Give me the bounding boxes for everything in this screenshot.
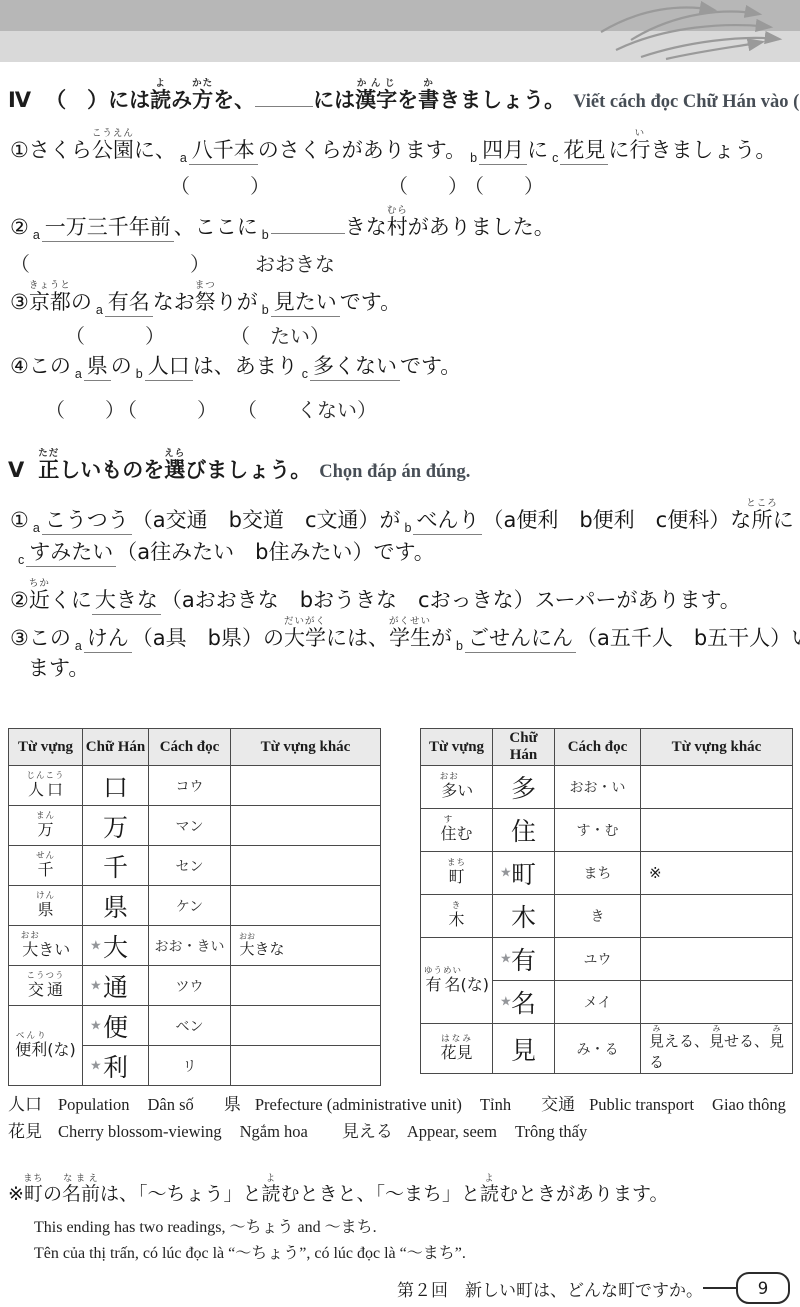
section-v-title-vietnamese: Chọn đáp án đúng. bbox=[319, 462, 470, 482]
word-cell: 多おおい bbox=[421, 766, 493, 809]
section-iv-label: Ⅳ bbox=[8, 88, 31, 112]
kanji-cell-text: 口 bbox=[103, 773, 128, 802]
table-row: 交通こうつう★通ツウ bbox=[9, 966, 381, 1006]
kanji-cell: 千 bbox=[83, 846, 149, 886]
other-words-cell bbox=[641, 895, 793, 938]
footer-dash bbox=[703, 1287, 737, 1289]
kanji-cell-text: 見 bbox=[511, 1036, 536, 1065]
other-words-cell bbox=[231, 1006, 381, 1046]
table-row: 便利べんり(な)★便ベン bbox=[9, 1006, 381, 1046]
kanji-cell-text: 便 bbox=[103, 1013, 128, 1042]
header-row: Từ vựngChữ HánCách đọcTừ vựng khác bbox=[9, 729, 381, 766]
footer-lesson-title: 第２回 新しい町は、どんな町ですか。 bbox=[397, 1276, 703, 1301]
kanji-cell-text: 名 bbox=[511, 989, 536, 1018]
column-header: Cách đọc bbox=[149, 729, 231, 766]
section-iv-heading: Ⅳ（ ）には読よみ方かたを、には漢字かんじを書かきましょう。Viết cách … bbox=[8, 78, 800, 113]
section-v-heading: Ⅴ正ただしいものを選えらびましょう。Chọn đáp án đúng. bbox=[8, 448, 470, 483]
word-cell: 住すむ bbox=[421, 809, 493, 852]
kanji-cell: 住 bbox=[493, 809, 555, 852]
section-iv-title: （ ）には読よみ方かたを、には漢字かんじを書かきましょう。 bbox=[45, 88, 565, 112]
word-cell: 便利べんり(な) bbox=[9, 1006, 83, 1086]
word-cell: 万まん bbox=[9, 806, 83, 846]
note-japanese: ※町まちの名前なまえは、「～ちょう」と読よむときと、「～まち」と読よむときがあり… bbox=[8, 1174, 669, 1206]
section-iv-title-vietnamese: Viết cách đọc Chữ Hán vào ( ). bbox=[573, 92, 800, 112]
reading-cell: メイ bbox=[555, 981, 641, 1024]
kanji-cell-text: 県 bbox=[103, 893, 128, 922]
table-row: 花見はなみ見み・る見みえる、見みせる、見みる bbox=[421, 1024, 793, 1074]
kanji-cell: 木 bbox=[493, 895, 555, 938]
other-words-cell bbox=[231, 846, 381, 886]
kanji-cell: ★町 bbox=[493, 852, 555, 895]
reading-cell: マン bbox=[149, 806, 231, 846]
section-v-title: 正ただしいものを選えらびましょう。 bbox=[38, 458, 311, 482]
kanji-cell: 多 bbox=[493, 766, 555, 809]
word-cell: 交通こうつう bbox=[9, 966, 83, 1006]
word-cell: 木き bbox=[421, 895, 493, 938]
word-cell: 大おおきい bbox=[9, 926, 83, 966]
other-words-cell bbox=[231, 886, 381, 926]
kanji-cell: 見 bbox=[493, 1024, 555, 1074]
star-icon: ★ bbox=[90, 978, 102, 993]
table-row: 木き木き bbox=[421, 895, 793, 938]
swoosh-arrows-icon bbox=[546, 0, 796, 62]
column-header: Từ vựng bbox=[9, 729, 83, 766]
table-row: 町まち★町まち※ bbox=[421, 852, 793, 895]
reading-cell: ツウ bbox=[149, 966, 231, 1006]
kanji-cell: ★便 bbox=[83, 1006, 149, 1046]
other-words-cell bbox=[641, 809, 793, 852]
other-words-cell bbox=[231, 766, 381, 806]
other-words-cell bbox=[231, 806, 381, 846]
vocab-table-left: Từ vựngChữ HánCách đọcTừ vựng khác人口じんこう… bbox=[8, 728, 381, 1086]
exercise-v-1-line-1: ①aこうつう（a交通 b交道 c文通）がbべんり（a便利 b便利 c便科）な所と… bbox=[10, 498, 794, 535]
reading-cell: おお・い bbox=[555, 766, 641, 809]
kanji-cell-text: 万 bbox=[103, 813, 128, 842]
table-row: 大おおきい★大おお・きい大おおきな bbox=[9, 926, 381, 966]
other-words-cell bbox=[231, 966, 381, 1006]
kanji-cell: 万 bbox=[83, 806, 149, 846]
table-row: 多おおい多おお・い bbox=[421, 766, 793, 809]
glossary-line-1: 人口PopulationDân số県Prefecture (administr… bbox=[8, 1090, 786, 1115]
table-row: 有名ゆうめい(な)★有ユウ bbox=[421, 938, 793, 981]
note-english: This ending has two readings, ～ちょう and ～… bbox=[34, 1214, 377, 1237]
kanji-cell: ★名 bbox=[493, 981, 555, 1024]
word-cell: 有名ゆうめい(な) bbox=[421, 938, 493, 1024]
kanji-cell-text: 多 bbox=[511, 774, 536, 803]
reading-cell: おお・きい bbox=[149, 926, 231, 966]
other-words-cell bbox=[641, 766, 793, 809]
kanji-cell-text: 有 bbox=[511, 946, 536, 975]
word-cell: 千せん bbox=[9, 846, 83, 886]
word-cell: 花見はなみ bbox=[421, 1024, 493, 1074]
kanji-cell-text: 町 bbox=[511, 860, 536, 889]
kanji-cell-text: 利 bbox=[103, 1053, 128, 1082]
star-icon: ★ bbox=[500, 995, 512, 1010]
exercise-iv-2-answer-row: （ ）おおきな bbox=[10, 248, 335, 277]
column-header: Chữ Hán bbox=[493, 729, 555, 766]
column-header: Từ vựng khác bbox=[231, 729, 381, 766]
star-icon: ★ bbox=[500, 952, 512, 967]
star-icon: ★ bbox=[90, 1058, 102, 1073]
word-cell: 人口じんこう bbox=[9, 766, 83, 806]
reading-cell: まち bbox=[555, 852, 641, 895]
exercise-iv-1-answer-row: （ ）（ ）（ ） bbox=[10, 170, 544, 199]
table-row: 住すむ住す・む bbox=[421, 809, 793, 852]
exercise-iv-4-answer-row: （ ）（ ）（ くない） bbox=[10, 394, 377, 423]
page-number-badge: 9 bbox=[736, 1272, 790, 1304]
reading-cell: き bbox=[555, 895, 641, 938]
star-icon: ★ bbox=[90, 938, 102, 953]
other-words-cell bbox=[641, 938, 793, 981]
kanji-cell-text: 木 bbox=[511, 903, 536, 932]
kanji-cell-text: 千 bbox=[103, 853, 128, 882]
exercise-v-3-line-1: ③このaけん（a具 b県）の大学だいがくには、学生がくせいがbごせんにん（a五千… bbox=[10, 616, 800, 653]
kanji-cell-text: 大 bbox=[103, 933, 128, 962]
kanji-cell: ★大 bbox=[83, 926, 149, 966]
reading-cell: み・る bbox=[555, 1024, 641, 1074]
other-words-cell: ※ bbox=[641, 852, 793, 895]
exercise-iv-4-line: ④このa県のb人口は、あまりc多くないです。 bbox=[10, 354, 461, 381]
kanji-cell: ★有 bbox=[493, 938, 555, 981]
other-words-cell: 大おおきな bbox=[231, 926, 381, 966]
exercise-iv-3-answer-row: （ ）（ たい） bbox=[10, 320, 330, 349]
reading-cell: リ bbox=[149, 1046, 231, 1086]
table-row: 人口じんこう口コウ bbox=[9, 766, 381, 806]
column-header: Cách đọc bbox=[555, 729, 641, 766]
kanji-cell: 県 bbox=[83, 886, 149, 926]
exercise-v-1-line-2: cすみたい（a往みたい b住みたい）です。 bbox=[10, 540, 435, 567]
table-row: 千せん千セン bbox=[9, 846, 381, 886]
column-header: Từ vựng khác bbox=[641, 729, 793, 766]
table-row: 万まん万マン bbox=[9, 806, 381, 846]
section-v-label: Ⅴ bbox=[8, 458, 24, 482]
other-words-cell: 見みえる、見みせる、見みる bbox=[641, 1024, 793, 1074]
kanji-cell: ★通 bbox=[83, 966, 149, 1006]
reading-cell: ケン bbox=[149, 886, 231, 926]
reading-cell: ユウ bbox=[555, 938, 641, 981]
star-icon: ★ bbox=[500, 866, 512, 881]
header-row: Từ vựngChữ HánCách đọcTừ vựng khác bbox=[421, 729, 793, 766]
other-words-cell bbox=[231, 1046, 381, 1086]
column-header: Chữ Hán bbox=[83, 729, 149, 766]
column-header: Từ vựng bbox=[421, 729, 493, 766]
vocab-table-right: Từ vựngChữ HánCách đọcTừ vựng khác多おおい多お… bbox=[420, 728, 793, 1074]
workbook-page: Ⅳ（ ）には読よみ方かたを、には漢字かんじを書かきましょう。Viết cách … bbox=[0, 0, 800, 1307]
reading-cell: す・む bbox=[555, 809, 641, 852]
star-icon: ★ bbox=[90, 1018, 102, 1033]
kanji-cell-text: 通 bbox=[103, 973, 128, 1002]
reading-cell: ベン bbox=[149, 1006, 231, 1046]
other-words-cell bbox=[641, 981, 793, 1024]
exercise-iv-2-line: ②a一万三千年前、ここにbきな村むらがありました。 bbox=[10, 205, 555, 242]
kanji-cell: 口 bbox=[83, 766, 149, 806]
kanji-cell: ★利 bbox=[83, 1046, 149, 1086]
exercise-v-3-line-2: ます。 bbox=[10, 656, 89, 680]
reading-cell: セン bbox=[149, 846, 231, 886]
word-cell: 県けん bbox=[9, 886, 83, 926]
page-footer: 第２回 新しい町は、どんな町ですか。 9 bbox=[397, 1272, 790, 1304]
reading-cell: コウ bbox=[149, 766, 231, 806]
note-vietnamese: Tên của thị trấn, có lúc đọc là “～ちょう”, … bbox=[34, 1240, 466, 1263]
glossary-line-2: 花見Cherry blossom-viewingNgắm hoa見えるAppea… bbox=[8, 1117, 587, 1142]
word-cell: 町まち bbox=[421, 852, 493, 895]
table-row: 県けん県ケン bbox=[9, 886, 381, 926]
kanji-cell-text: 住 bbox=[511, 817, 536, 846]
exercise-iv-3-line: ③京都きょうとのa有名なお祭まつりがb見たいです。 bbox=[10, 280, 401, 317]
exercise-v-2-line: ②近ちかくに大きな（aおおきな bおうきな cおっきな）スーパーがあります。 bbox=[10, 578, 741, 612]
exercise-iv-1-line: ①さくら公園こうえんに、a八千本のさくらがあります。b四月にc花見に行いきましょ… bbox=[10, 128, 776, 165]
